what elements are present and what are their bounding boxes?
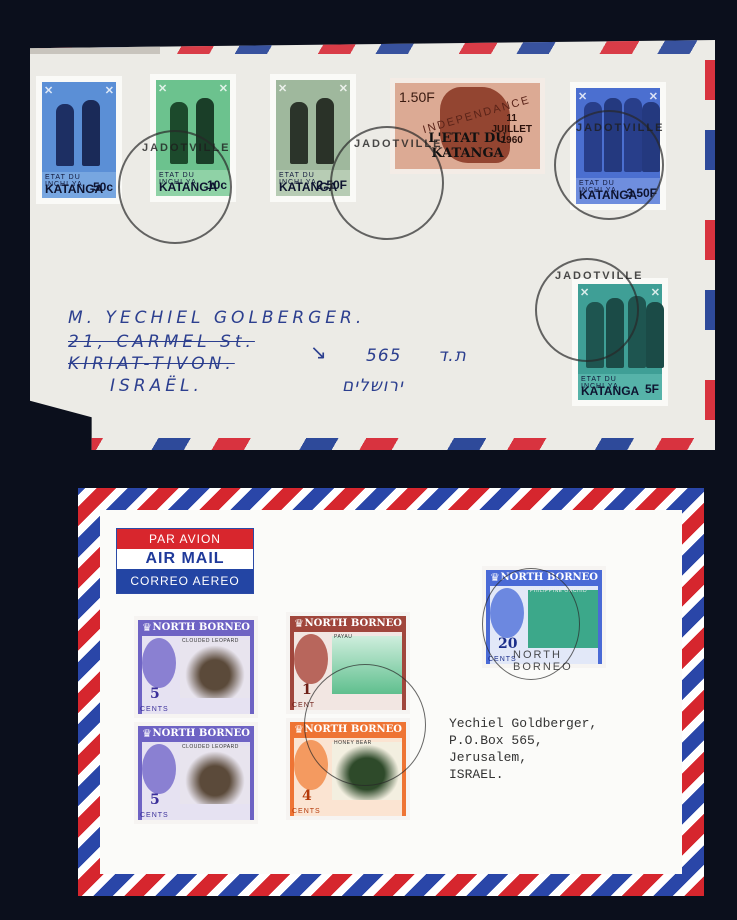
- airmail-border-bottom: [90, 438, 715, 450]
- postmark-jadotville: JADOTVILLE: [535, 258, 639, 362]
- postmark-jadotville: JADOTVILLE: [118, 130, 232, 244]
- correction-arrow: ↘: [310, 340, 327, 364]
- postmark-north-borneo: NORTH BORNEO: [482, 568, 580, 680]
- torn-edge: [30, 40, 160, 54]
- stamp-north-borneo-5c-leopard: NORTH BORNEO ♛ CLOUDED LEOPARD 5 CENTS: [134, 722, 258, 824]
- north-borneo-envelope: PAR AVION AIR MAIL CORREO AEREO NORTH BO…: [78, 488, 704, 896]
- katanga-envelope: ✕✕ ETAT DU INCHI YA KATANGA 50c ✕✕ ETAT …: [30, 40, 715, 450]
- postmark-jadotville: JADOTVILLE: [330, 126, 444, 240]
- typed-address: Yechiel Goldberger,P.O.Box 565,Jerusalem…: [449, 715, 597, 783]
- crown-icon: ♛: [142, 726, 152, 742]
- crown-icon: ♛: [294, 616, 304, 632]
- crown-icon: ♛: [294, 722, 304, 738]
- stamp-katanga-50c: ✕✕ ETAT DU INCHI YA KATANGA 50c: [36, 76, 122, 204]
- correction-hebrew-city: ירושלים: [342, 376, 404, 396]
- airmail-border-right: [705, 40, 715, 450]
- airmail-label: PAR AVION AIR MAIL CORREO AEREO: [116, 528, 254, 594]
- postmark-jadotville: JADOTVILLE: [554, 110, 664, 220]
- address-line: ISRAËL.: [110, 376, 203, 396]
- address-line-struck: KIRIAT-TIVON.: [68, 354, 235, 374]
- postmark-faint: [304, 664, 426, 786]
- address-line: M. YECHIEL GOLBERGER.: [68, 308, 365, 328]
- crown-icon: ♛: [142, 620, 152, 636]
- stamp-north-borneo-5c-leopard: NORTH BORNEO ♛ CLOUDED LEOPARD 5 CENTS: [134, 616, 258, 718]
- address-line-struck: 21, CARMEL St.: [68, 332, 255, 352]
- correction-hebrew-box: ת.ד: [438, 346, 467, 366]
- correction-box-number: 565: [366, 346, 401, 366]
